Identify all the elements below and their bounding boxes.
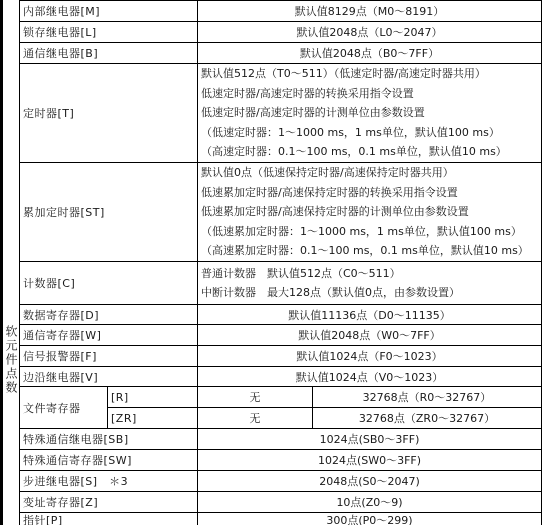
timer-line: 低速定时器/高速定时器的转换采用指令设置 [201, 84, 414, 104]
row-value-p: 300点(P0～299) [198, 513, 541, 525]
device-points-table: 软元件点数 内部继电器[M] 默认值8129点（M0～8191） 锁存继电器[L… [0, 0, 542, 525]
left-border [0, 0, 3, 525]
file-register-zr-value: 32768点（ZR0～32767） [313, 408, 541, 428]
timer-line: 低速定时器/高速定时器的计测单位由参数设置 [201, 103, 425, 123]
file-register-zr-label: [ZR] [108, 408, 197, 428]
file-register-r-label: [R] [108, 387, 197, 407]
row-value-sb: 1024点(SB0～3FF) [198, 429, 541, 449]
row-value-c: 普通计数器 默认值512点（C0～511） 中断计数器 最大128点（默认值0点… [198, 262, 541, 304]
st-line: 低速累加定时器/高速保持定时器的计测单位由参数设置 [201, 202, 469, 222]
row-label-l: 锁存继电器[L] [20, 22, 197, 42]
counter-line: 中断计数器 最大128点（默认值0点，由参数设置） [201, 283, 460, 303]
row-label-p: 指针[P] [20, 513, 197, 525]
timer-line: （低速定时器：1～1000 ms，1 ms单位，默认值100 ms） [201, 123, 500, 143]
row-label-w: 通信寄存器[W] [20, 325, 197, 345]
side-label-text: 软元件点数 [3, 325, 19, 395]
timer-line: 默认值512点（T0～511）（低速定时器/高速定时器共用） [201, 64, 486, 84]
row-label-f: 信号报警器[F] [20, 346, 197, 366]
row-label-z: 变址寄存器[Z] [20, 492, 197, 512]
file-register-zr-col3: 无 [198, 408, 312, 428]
row-value-t: 默认值512点（T0～511）（低速定时器/高速定时器共用） 低速定时器/高速定… [198, 64, 541, 162]
row-label-v: 边沿继电器[V] [20, 367, 197, 386]
row-label-c: 计数器[C] [20, 262, 197, 304]
counter-line: 普通计数器 默认值512点（C0～511） [201, 264, 401, 284]
row-value-z: 10点(Z0～9) [198, 492, 541, 512]
row-value-v: 默认值1024点（V0～1023） [198, 367, 541, 386]
row-label-st: 累加定时器[ST] [20, 163, 197, 261]
file-register-r-value: 32768点（R0～32767） [313, 387, 541, 407]
row-value-b: 默认值2048点（B0～7FF） [198, 43, 541, 63]
row-label-sb: 特殊通信继电器[SB] [20, 429, 197, 449]
side-label: 软元件点数 [3, 315, 19, 405]
row-label-sw: 特殊通信寄存器[SW] [20, 450, 197, 470]
row-value-s: 2048点(S0～2047) [198, 471, 541, 491]
st-line: （高速累加定时器：0.1～100 ms，0.1 ms单位，默认值10 ms） [201, 241, 529, 261]
row-value-w: 默认值2048点（W0～7FF） [198, 325, 541, 345]
row-label-d: 数据寄存器[D] [20, 305, 197, 324]
timer-line: （高速定时器：0.1～100 ms，0.1 ms单位，默认值10 ms） [201, 142, 507, 162]
st-line: （低速累加定时器：1～1000 ms，1 ms单位，默认值100 ms） [201, 222, 522, 242]
st-line: 低速累加定时器/高速保持定时器的转换采用指令设置 [201, 183, 458, 203]
row-value-d: 默认值11136点（D0～11135） [198, 305, 541, 324]
row-label-t: 定时器[T] [20, 64, 197, 162]
row-value-st: 默认值0点（低速保持定时器/高速保持定时器共用） 低速累加定时器/高速保持定时器… [198, 163, 541, 261]
file-register-r-col3: 无 [198, 387, 312, 407]
row-value-m: 默认值8129点（M0～8191） [198, 1, 541, 21]
row-value-l: 默认值2048点（L0～2047） [198, 22, 541, 42]
st-line: 默认值0点（低速保持定时器/高速保持定时器共用） [201, 163, 454, 183]
row-value-sw: 1024点(SW0～3FF) [198, 450, 541, 470]
row-label-m: 内部继电器[M] [20, 1, 197, 21]
row-label-b: 通信继电器[B] [20, 43, 197, 63]
row-value-f: 默认值1024点（F0～1023） [198, 346, 541, 366]
row-label-file-register: 文件寄存器 [20, 387, 107, 428]
row-label-s: 步进继电器[S] ＊3 [20, 471, 197, 491]
